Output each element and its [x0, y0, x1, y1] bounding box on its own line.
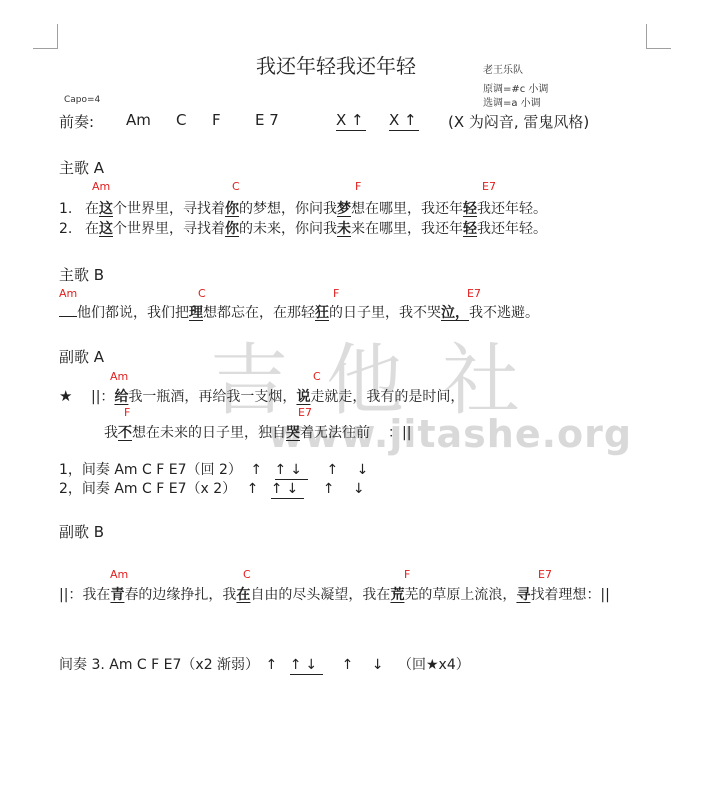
chosen-key: 选调=a 小调	[483, 94, 541, 109]
chord: F	[333, 287, 339, 300]
section-heading-chorus-a: 副歌 A	[59, 346, 104, 367]
song-title: 我还年轻我还年轻	[256, 50, 416, 79]
intro-strum: X ↑	[389, 111, 419, 131]
intro-chord: F	[212, 111, 221, 129]
lyric-line: 1.在这个世界里，寻找着你的梦想，你问我梦想在哪里，我还年轻我还年轻。	[59, 198, 547, 218]
page-corner-mark-right	[646, 24, 671, 49]
repeat-end: ：||	[388, 425, 411, 441]
intro-chord: C	[176, 111, 186, 129]
chord: E7	[298, 406, 312, 419]
intro-strum: X ↑	[336, 111, 366, 131]
page-corner-mark-left	[33, 24, 58, 49]
section-heading-verse-b: 主歌 B	[59, 264, 104, 285]
chord: C	[243, 568, 251, 581]
artist: 老王乐队	[483, 61, 523, 76]
chord: Am	[110, 370, 128, 383]
blank-underline	[59, 304, 77, 317]
intro-line: 前奏:	[59, 111, 94, 132]
chord: Am	[59, 287, 77, 300]
chord: F	[124, 406, 130, 419]
repeat-end: ：||	[586, 587, 609, 603]
intro-chord: Am	[126, 111, 151, 129]
repeat-start: ||：	[91, 389, 114, 405]
intro-chord: E 7	[255, 111, 279, 129]
repeat-start: ||：	[59, 587, 82, 603]
intro-label: 前奏:	[59, 113, 94, 131]
star-icon: ★	[59, 387, 91, 405]
chord: E7	[467, 287, 481, 300]
chord: C	[198, 287, 206, 300]
lyric-line: ||：我在青春的边缘挣扎，我在自由的尽头凝望，我在荒芜的草原上流浪，寻找着理想：…	[59, 584, 610, 604]
chord: C	[232, 180, 240, 193]
lyric-line: 2.在这个世界里，寻找着你的未来，你问我未来在哪里，我还年轻我还年轻。	[59, 218, 547, 238]
outro-line: 间奏 3. Am C F E7（x2 渐弱） ↑ ↑↓ ↑ ↓ （回★x4）	[59, 654, 470, 675]
chord: E7	[538, 568, 552, 581]
section-heading-chorus-b: 副歌 B	[59, 521, 104, 542]
lyric-line: ★||：给我一瓶酒，再给我一支烟，说走就走，我有的是时间，	[59, 386, 464, 406]
interlude-line: 2，间奏 Am C F E7（x 2） ↑ ↑↓ ↑ ↓	[59, 478, 365, 499]
chord: F	[355, 180, 361, 193]
chord: F	[404, 568, 410, 581]
chord: C	[313, 370, 321, 383]
chord: E7	[482, 180, 496, 193]
capo: Capo=4	[64, 95, 100, 105]
chord: Am	[92, 180, 110, 193]
lyric-line: 他们都说，我们把理想都忘在，在那轻狂的日子里，我不哭泣，我不逃避。	[59, 302, 539, 322]
section-heading-verse-a: 主歌 A	[59, 157, 104, 178]
original-key: 原调=#c 小调	[483, 80, 548, 95]
chord: Am	[110, 568, 128, 581]
intro-note: (X 为闷音, 雷鬼风格)	[448, 111, 589, 132]
interlude-line: 1，间奏 Am C F E7（回 2） ↑ ↑↓ ↑ ↓	[59, 459, 368, 480]
lyric-line: 我不想在未来的日子里，独自哭着无法往前：||	[104, 422, 411, 442]
